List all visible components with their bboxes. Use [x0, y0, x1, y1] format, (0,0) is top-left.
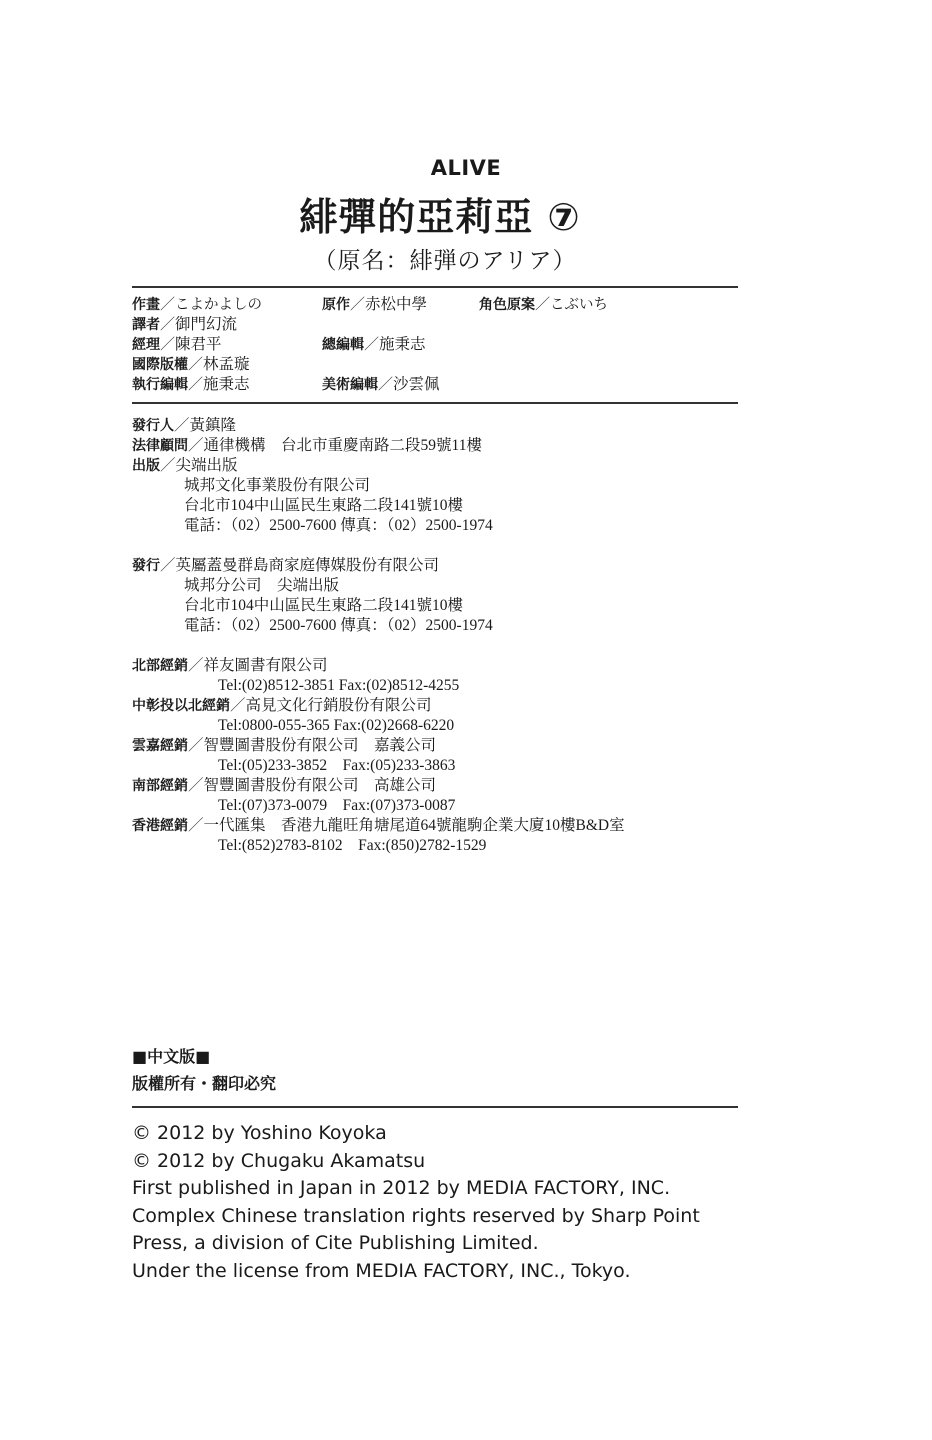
imprint-company: 城邦文化事業股份有限公司 [132, 476, 625, 496]
copyright-line: Complex Chinese translation rights reser… [132, 1203, 700, 1231]
credit-executive-editor: 執行編輯／施秉志 [132, 375, 322, 395]
credit-art-editor: 美術編輯／沙雲佩 [322, 375, 479, 395]
copyright-line: © 2012 by Yoshino Koyoka [132, 1120, 700, 1148]
credit-original-author: 原作／赤松中學 [322, 295, 479, 315]
copyright-line: First published in Japan in 2012 by MEDI… [132, 1175, 700, 1203]
staff-row: 執行編輯／施秉志 美術編輯／沙雲佩 [132, 375, 608, 395]
rights-notice: 版權所有・翻印必究 [132, 1070, 276, 1097]
credit-manager: 經理／陳君平 [132, 335, 322, 355]
edition-label: ■中文版■ [132, 1043, 276, 1070]
original-title: （原名：緋弾のアリア） [0, 242, 890, 275]
distribution-line: 發行／英屬蓋曼群島商家庭傳媒股份有限公司 [132, 556, 625, 576]
copyright-block: © 2012 by Yoshino Koyoka © 2012 by Chuga… [132, 1120, 700, 1285]
copyright-line: Under the license from MEDIA FACTORY, IN… [132, 1258, 700, 1286]
divider-bottom [132, 1106, 738, 1108]
staff-row: 譯者／御門幻流 [132, 315, 608, 335]
distributor-south: 南部經銷／智豐圖書股份有限公司 高雄公司 [132, 776, 625, 796]
copyright-line: © 2012 by Chugaku Akamatsu [132, 1148, 700, 1176]
divider-middle [132, 402, 738, 404]
imprint-line: 出版／尖端出版 [132, 456, 625, 476]
distributor-north: 北部經銷／祥友圖書有限公司 [132, 656, 625, 676]
legal-counsel-line: 法律顧問／通律機構 台北市重慶南路二段59號11樓 [132, 436, 625, 456]
distributor-yunjia: 雲嘉經銷／智豐圖書股份有限公司 嘉義公司 [132, 736, 625, 756]
edition-block: ■中文版■ 版權所有・翻印必究 [132, 1043, 276, 1097]
distributor-north-contact: Tel:(02)8512-3851 Fax:(02)8512-4255 [132, 676, 625, 696]
publishing-info: 發行人／黃鎮隆 法律顧問／通律機構 台北市重慶南路二段59號11樓 出版／尖端出… [132, 416, 625, 856]
staff-row: 國際版權／林孟璇 [132, 355, 608, 375]
distribution-address: 台北市104中山區民生東路二段141號10樓 [132, 596, 625, 616]
divider-top [132, 286, 738, 288]
staff-row: 經理／陳君平 總編輯／施秉志 [132, 335, 608, 355]
distributor-hongkong-contact: Tel:(852)2783-8102 Fax:(850)2782-1529 [132, 836, 625, 856]
credit-chief-editor: 總編輯／施秉志 [322, 335, 479, 355]
copyright-line: Press, a division of Cite Publishing Lim… [132, 1230, 700, 1258]
distributor-central: 中彰投以北經銷／高見文化行銷股份有限公司 [132, 696, 625, 716]
book-title: 緋彈的亞莉亞 ⑦ [0, 186, 880, 241]
series-title-english: ALIVE [0, 156, 932, 180]
distributor-central-contact: Tel:0800-055-365 Fax:(02)2668-6220 [132, 716, 625, 736]
distributor-yunjia-contact: Tel:(05)233-3852 Fax:(05)233-3863 [132, 756, 625, 776]
credit-character-design: 角色原案／こぶいち [479, 295, 608, 315]
imprint-phone: 電話：（02）2500-7600 傳真：（02）2500-1974 [132, 516, 625, 536]
publisher-line: 發行人／黃鎮隆 [132, 416, 625, 436]
credit-international-rights: 國際版權／林孟璇 [132, 355, 322, 375]
credit-artist: 作畫／こよかよしの [132, 295, 322, 315]
distributor-hongkong: 香港經銷／一代匯集 香港九龍旺角塘尾道64號龍駒企業大廈10樓B&D室 [132, 816, 625, 836]
distributor-south-contact: Tel:(07)373-0079 Fax:(07)373-0087 [132, 796, 625, 816]
staff-credits: 作畫／こよかよしの 原作／赤松中學 角色原案／こぶいち 譯者／御門幻流 經理／陳… [132, 295, 608, 395]
imprint-address: 台北市104中山區民生東路二段141號10樓 [132, 496, 625, 516]
distribution-branch: 城邦分公司 尖端出版 [132, 576, 625, 596]
staff-row: 作畫／こよかよしの 原作／赤松中學 角色原案／こぶいち [132, 295, 608, 315]
credit-translator: 譯者／御門幻流 [132, 315, 322, 335]
distribution-phone: 電話：（02）2500-7600 傳真：（02）2500-1974 [132, 616, 625, 636]
